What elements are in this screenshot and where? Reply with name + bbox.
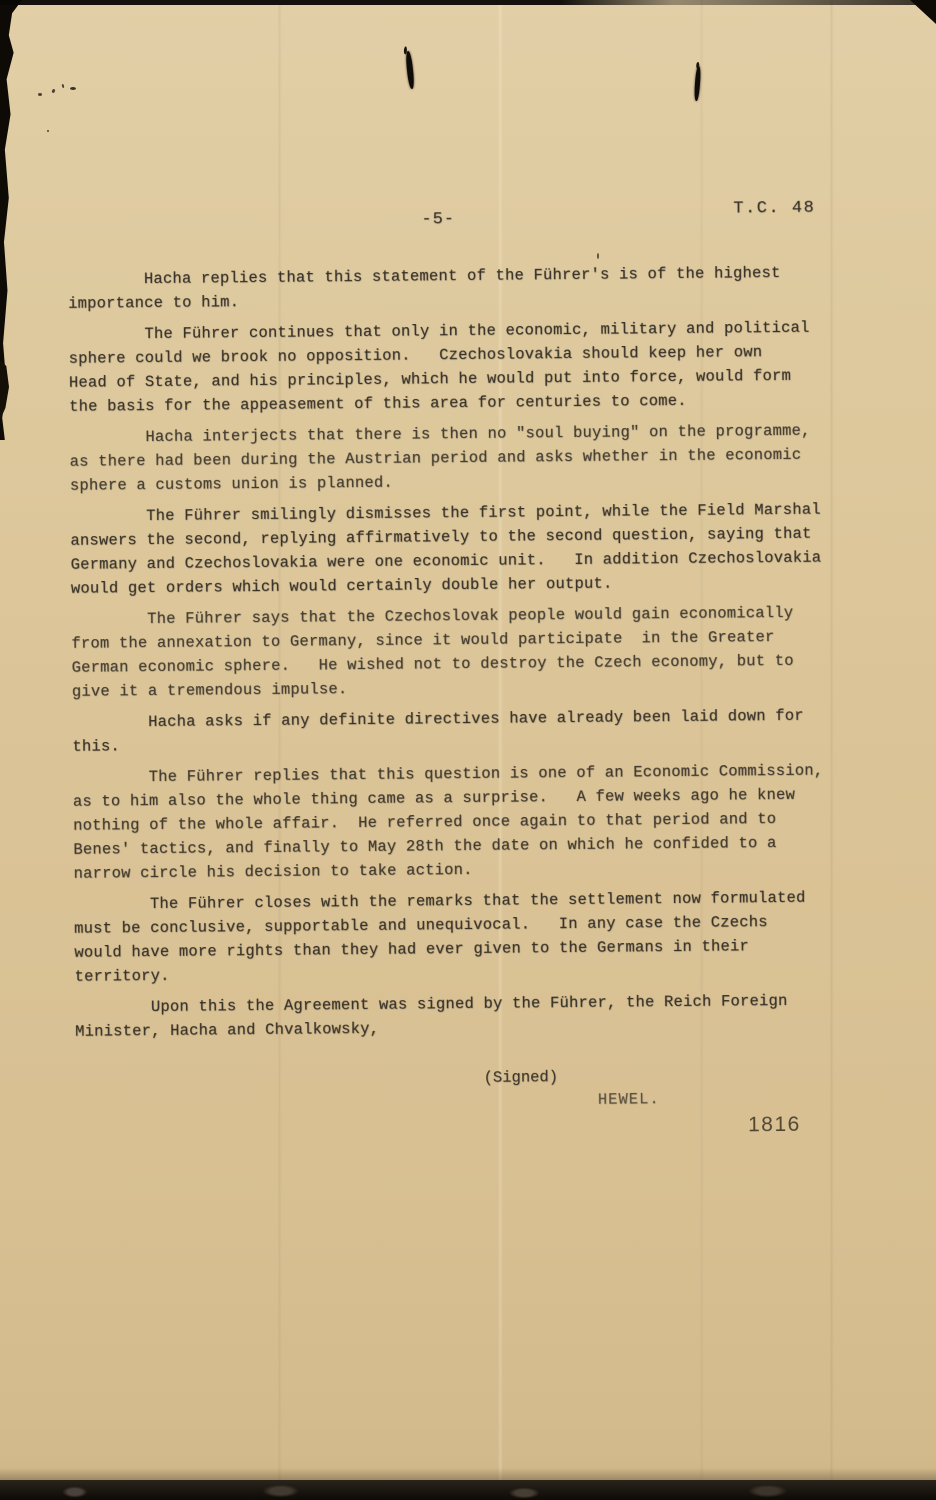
paragraph-fuhrer-continues: The Führer continues that only in the ec… <box>68 315 861 419</box>
archive-number-stamp: 1816 <box>76 1112 868 1144</box>
paragraph-hacha-asks: Hacha asks if any definite directives ha… <box>72 703 864 759</box>
signature-block: (Signed) HEWEL. 1816 <box>76 1062 869 1144</box>
scanned-document-page: -5- T.C. 48 Hacha replies that this stat… <box>0 0 936 1500</box>
document-body: Hacha replies that this statement of the… <box>68 260 868 1144</box>
paragraph-hacha-interjects: Hacha interjects that there is then no "… <box>69 418 862 498</box>
paragraph-fuhrer-closes: The Führer closes with the remarks that … <box>74 885 867 989</box>
paragraph-agreement-signed: Upon this the Agreement was signed by th… <box>75 988 867 1044</box>
paragraph-fuhrer-dismisses: The Führer smilingly dismisses the first… <box>70 497 863 601</box>
paragraph-fuhrer-replies: The Führer replies that this question is… <box>73 758 866 886</box>
scan-edge-top <box>0 0 936 5</box>
page-number: -5- <box>421 210 455 229</box>
doc-reference: T.C. 48 <box>733 199 815 219</box>
paragraph-fuhrer-says: The Führer says that the Czechoslovak pe… <box>71 600 864 704</box>
ink-speck <box>47 130 49 132</box>
ink-speck <box>70 87 76 90</box>
paper-sheet: -5- T.C. 48 Hacha replies that this stat… <box>0 0 936 1500</box>
typewritten-content: -5- T.C. 48 Hacha replies that this stat… <box>0 0 936 1500</box>
ink-speck <box>38 93 42 96</box>
scan-edge-bottom <box>0 1480 936 1500</box>
paragraph-hacha-replies: Hacha replies that this statement of the… <box>68 260 860 316</box>
stray-type-mark <box>597 253 599 259</box>
